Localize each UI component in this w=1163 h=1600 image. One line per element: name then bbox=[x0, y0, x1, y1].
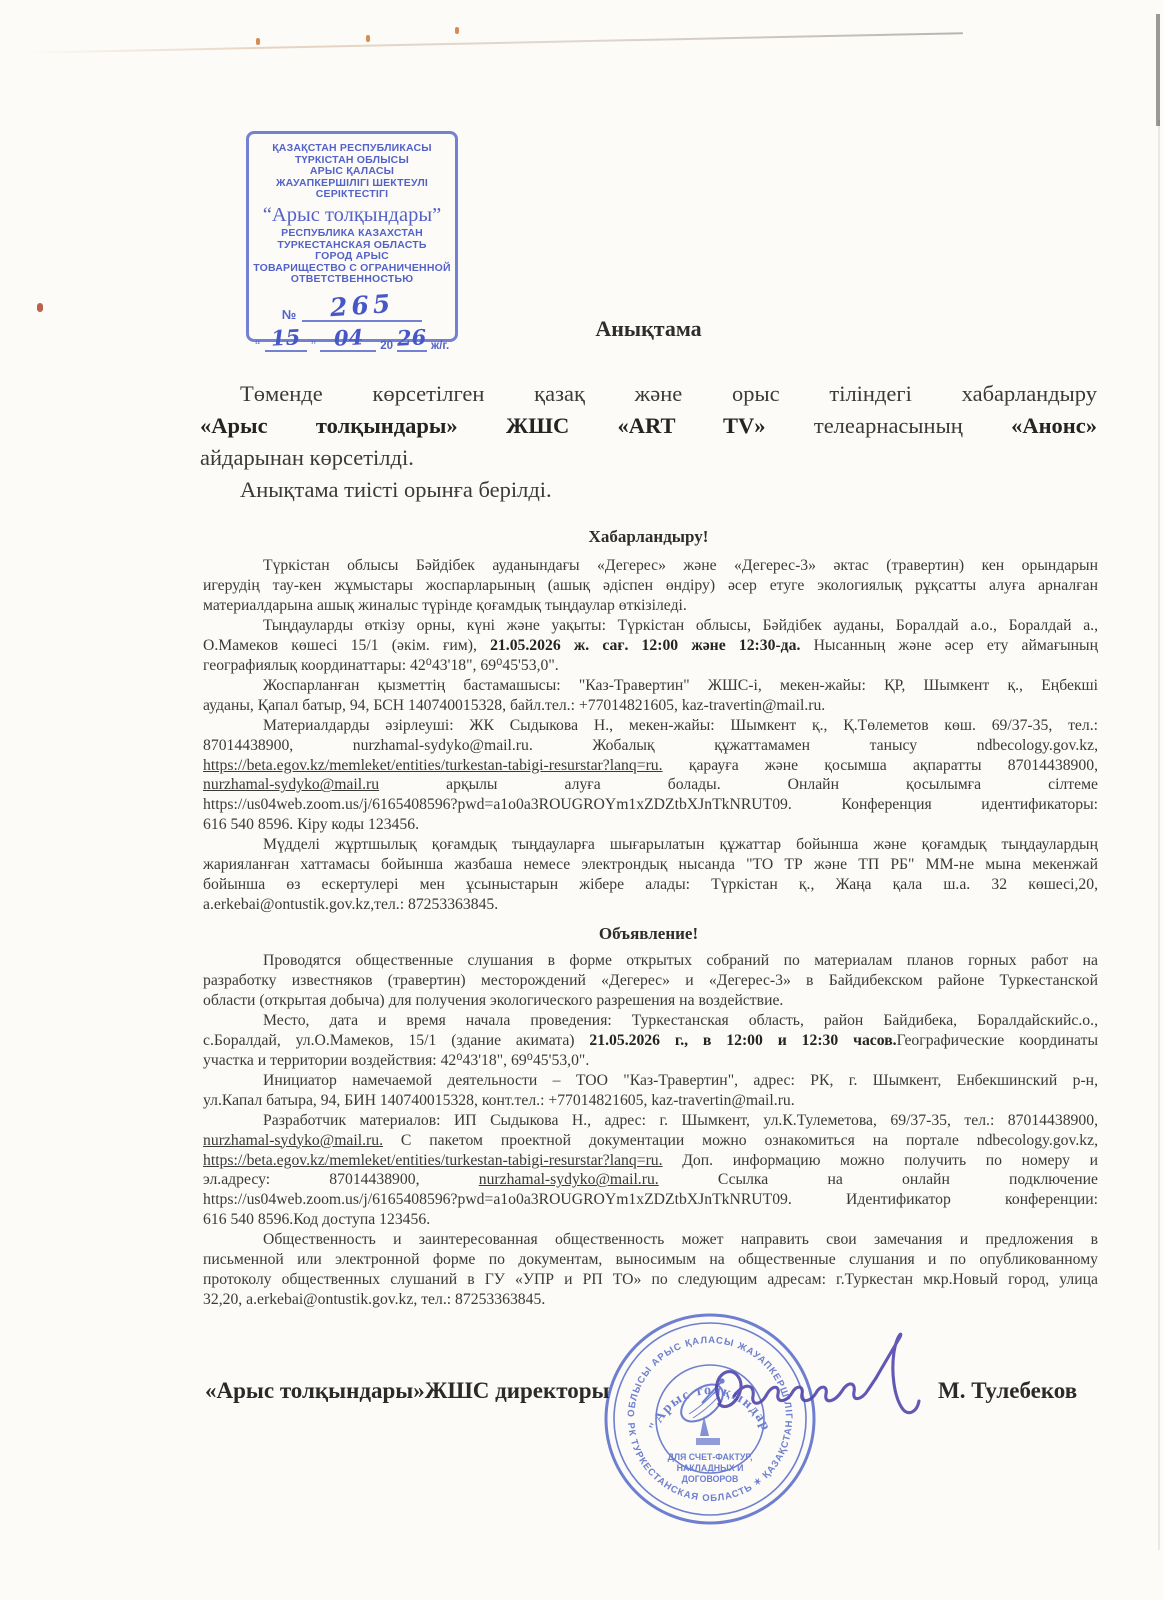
seal-center-line-1: ДЛЯ СЧЕТ-ФАКТУР, bbox=[668, 1452, 753, 1462]
text-segment: С пакетом проектной документации можно о… bbox=[383, 1132, 1098, 1149]
text-line: Место, дата и время начала проведения: Т… bbox=[203, 1011, 1098, 1031]
text-segment: эл.адресу: 87014438900, bbox=[203, 1171, 479, 1188]
text-segment: 21.05.2026 г., в 12:00 и 12:30 часов. bbox=[589, 1032, 896, 1049]
text-segment: Нысанның және әсер ету аймағының bbox=[800, 637, 1098, 654]
scan-speck-artifact bbox=[366, 35, 370, 42]
text-line: Разработчик материалов: ИП Сыдыкова Н., … bbox=[203, 1111, 1098, 1131]
text-line: ОТВЕТСТВЕННОСТЬЮ bbox=[249, 274, 455, 286]
text-line: СЕРІКТЕСТІГІ bbox=[249, 189, 455, 201]
text-segment: «Анонс» bbox=[1011, 413, 1097, 438]
text-segment: 616 540 8596.Код доступа 123456. bbox=[203, 1211, 430, 1228]
scan-edge-artifact bbox=[1156, 14, 1160, 126]
text-line: разработку известняков (травертин) место… bbox=[203, 971, 1098, 991]
text-segment: Мүдделі жұртшылық қоғамдық тыңдауларға ш… bbox=[263, 836, 1098, 853]
text-line: https://beta.egov.kz/memleket/entities/t… bbox=[203, 756, 1098, 776]
text-line: Материалдарды әзірлеуші: ЖК Сыдыкова Н.,… bbox=[203, 716, 1098, 736]
text-segment: РЕСПУБЛИКА КАЗАХСТАН bbox=[281, 227, 423, 239]
text-segment: Инициатор намечаемой деятельности – ТОО … bbox=[263, 1072, 1098, 1089]
text-line: 616 540 8596. Кіру коды 123456. bbox=[203, 815, 1098, 835]
text-line: Анықтама тиісті орынға берілді. bbox=[200, 474, 1097, 506]
text-segment: айдарынан көрсетілді. bbox=[200, 445, 414, 470]
text-segment: қарауға және қосымша ақпаратты 870144389… bbox=[663, 757, 1098, 774]
text-segment: арқылы алуға болады. Онлайн қосылымға сі… bbox=[379, 776, 1098, 793]
announcement-russian: Проводятся общественные слушания в форме… bbox=[203, 951, 1098, 1310]
text-segment: АРЫС ҚАЛАСЫ bbox=[310, 165, 394, 177]
signature-title: «Арыс толқындары»ЖШС директоры bbox=[205, 1378, 610, 1404]
text-line: материалдарына ашық жиналыс түрінде қоға… bbox=[203, 596, 1098, 616]
text-segment: с.Боралдай, ул.О.Мамеков, 15/1 (здание а… bbox=[203, 1032, 589, 1049]
text-line: с.Боралдай, ул.О.Мамеков, 15/1 (здание а… bbox=[203, 1031, 1098, 1051]
text-line: участка и территории воздействия: 42⁰43'… bbox=[203, 1051, 1098, 1071]
stamp-company-name: “Арыс толқындары” bbox=[249, 203, 455, 227]
text-line: протоколу общественных слушаний в ГУ «УП… bbox=[203, 1270, 1098, 1290]
scan-speck-artifact bbox=[256, 38, 260, 45]
text-line: эл.адресу: 87014438900, nurzhamal-sydyko… bbox=[203, 1170, 1098, 1190]
text-segment: ул.Капал батыра, 94, БИН 140740015328, к… bbox=[203, 1092, 795, 1109]
text-segment: 32,20, a.erkebai@ontustik.gov.kz, тел.: … bbox=[203, 1291, 545, 1308]
text-line: Төменде көрсетілген қазақ және орыс тілі… bbox=[200, 378, 1097, 410]
scanned-document-page: ҚАЗАҚСТАН РЕСПУБЛИКАСЫТҮРКІСТАН ОБЛЫСЫАР… bbox=[0, 0, 1163, 1600]
link-text: nurzhamal-sydyko@mail.ru bbox=[203, 776, 379, 793]
text-segment: https://us04web.zoom.us/j/6165408596?pwd… bbox=[203, 796, 1098, 813]
text-segment: телеарнасының bbox=[766, 413, 1012, 438]
text-line: Инициатор намечаемой деятельности – ТОО … bbox=[203, 1071, 1098, 1091]
text-segment: СЕРІКТЕСТІГІ bbox=[316, 188, 389, 200]
text-segment: ТУРКЕСТАНСКАЯ ОБЛАСТЬ bbox=[277, 239, 426, 251]
text-segment: ЖАУАПКЕРШІЛІГІ ШЕКТЕУЛІ bbox=[276, 177, 428, 189]
text-segment: ҚАЗАҚСТАН РЕСПУБЛИКАСЫ bbox=[272, 142, 432, 154]
text-segment: жарияланған хаттамасы бойынша жазбаша не… bbox=[203, 856, 1098, 873]
text-segment: 87014438900, nurzhamal-sydyko@mail.ru. Ж… bbox=[203, 737, 1098, 754]
text-segment: Доп. информацию можно получить по номеру… bbox=[663, 1152, 1098, 1169]
text-line: 616 540 8596.Код доступа 123456. bbox=[203, 1210, 1098, 1230]
text-segment: a.erkebai@ontustik.gov.kz,тел.: 87253363… bbox=[203, 896, 498, 913]
scan-speck-artifact bbox=[455, 27, 459, 34]
seal-center-line-3: ДОГОВОРОВ bbox=[682, 1474, 739, 1484]
text-segment: Төменде көрсетілген қазақ және орыс тілі… bbox=[240, 381, 1097, 406]
text-line: айдарынан көрсетілді. bbox=[200, 442, 1097, 474]
scan-edge-artifact bbox=[1158, 120, 1160, 1550]
text-segment: Проводятся общественные слушания в форме… bbox=[263, 952, 1098, 969]
link-text: nurzhamal-sydyko@mail.ru. bbox=[479, 1171, 659, 1188]
text-segment: ауданы, Қапал батыр, 94, БСН 14074001532… bbox=[203, 697, 825, 714]
text-segment: игерудің тау-кен жұмыстары жоспарларының… bbox=[203, 577, 1098, 594]
text-line: Мүдделі жұртшылық қоғамдық тыңдауларға ш… bbox=[203, 835, 1098, 855]
text-segment: ГОРОД АРЫС bbox=[315, 250, 389, 262]
text-segment: материалдарына ашық жиналыс түрінде қоға… bbox=[203, 597, 687, 614]
text-line: области (открытая добыча) для получения … bbox=[203, 991, 1098, 1011]
text-line: игерудің тау-кен жұмыстары жоспарларының… bbox=[203, 576, 1098, 596]
text-line: Түркістан облысы Бәйдібек ауданындағы «Д… bbox=[203, 556, 1098, 576]
text-segment: Анықтама тиісті орынға берілді. bbox=[240, 477, 552, 502]
director-signature bbox=[698, 1330, 943, 1450]
text-segment: разработку известняков (травертин) место… bbox=[203, 972, 1098, 989]
text-segment: Тыңдауларды өткізу орны, күні және уақыт… bbox=[263, 617, 1098, 634]
announcement-kazakh: Түркістан облысы Бәйдібек ауданындағы «Д… bbox=[203, 556, 1098, 915]
text-segment: 21.05.2026 ж. сағ. 12:00 және 12:30-да. bbox=[490, 637, 800, 654]
text-line: ауданы, Қапал батыр, 94, БСН 14074001532… bbox=[203, 696, 1098, 716]
text-line: a.erkebai@ontustik.gov.kz,тел.: 87253363… bbox=[203, 895, 1098, 915]
text-line: «Арыс толқындары» ЖШС «ART TV» телеарнас… bbox=[200, 410, 1097, 442]
text-line: письменной или электронной форме по доку… bbox=[203, 1250, 1098, 1270]
text-segment: ТҮРКІСТАН ОБЛЫСЫ bbox=[295, 154, 409, 166]
text-line: 87014438900, nurzhamal-sydyko@mail.ru. Ж… bbox=[203, 736, 1098, 756]
text-line: Общественность и заинтересованная общест… bbox=[203, 1230, 1098, 1250]
text-segment: 616 540 8596. Кіру коды 123456. bbox=[203, 816, 419, 833]
text-line: жарияланған хаттамасы бойынша жазбаша не… bbox=[203, 855, 1098, 875]
section-heading-kazakh: Хабарландыру! bbox=[200, 527, 1097, 547]
text-segment: письменной или электронной форме по доку… bbox=[203, 1251, 1098, 1268]
text-line: Тыңдауларды өткізу орны, күні және уақыт… bbox=[203, 616, 1098, 636]
text-segment: Географические координаты bbox=[897, 1032, 1098, 1049]
text-line: Жоспарланған қызметтің бастамашысы: "Каз… bbox=[203, 676, 1098, 696]
text-line: https://beta.egov.kz/memleket/entities/t… bbox=[203, 1151, 1098, 1171]
document-title: Анықтама bbox=[200, 316, 1097, 342]
director-name: М. Тулебеков bbox=[938, 1378, 1077, 1404]
text-segment: географиялық координаттары: 42⁰43'18", 6… bbox=[203, 657, 559, 674]
text-segment: ТОВАРИЩЕСТВО С ОГРАНИЧЕННОЙ bbox=[253, 262, 450, 274]
text-segment: https://us04web.zoom.us/j/6165408596?pwd… bbox=[203, 1191, 1098, 1208]
text-segment: области (открытая добыча) для получения … bbox=[203, 992, 783, 1009]
text-line: https://us04web.zoom.us/j/6165408596?pwd… bbox=[203, 795, 1098, 815]
scan-speck-artifact bbox=[37, 303, 43, 312]
section-heading-russian: Объявление! bbox=[200, 924, 1097, 944]
text-segment: Түркістан облысы Бәйдібек ауданындағы «Д… bbox=[263, 557, 1098, 574]
stamp-russian-lines: РЕСПУБЛИКА КАЗАХСТАНТУРКЕСТАНСКАЯ ОБЛАСТ… bbox=[249, 228, 455, 286]
text-segment: «Арыс толқындары» ЖШС «ART TV» bbox=[200, 413, 766, 438]
text-line: https://us04web.zoom.us/j/6165408596?pwd… bbox=[203, 1190, 1098, 1210]
text-line: Проводятся общественные слушания в форме… bbox=[203, 951, 1098, 971]
text-segment: Материалдарды әзірлеуші: ЖК Сыдыкова Н.,… bbox=[263, 717, 1098, 734]
scan-streak-artifact bbox=[28, 32, 963, 54]
text-segment: протоколу общественных слушаний в ГУ «УП… bbox=[203, 1271, 1098, 1288]
organization-stamp: ҚАЗАҚСТАН РЕСПУБЛИКАСЫТҮРКІСТАН ОБЛЫСЫАР… bbox=[246, 131, 458, 342]
link-text: https://beta.egov.kz/memleket/entities/t… bbox=[203, 757, 663, 774]
text-segment: Ссылка на онлайн подключение bbox=[659, 1171, 1098, 1188]
text-line: ул.Капал батыра, 94, БИН 140740015328, к… bbox=[203, 1091, 1098, 1111]
text-segment: участка и территории воздействия: 42⁰43'… bbox=[203, 1052, 589, 1069]
link-text: https://beta.egov.kz/memleket/entities/t… bbox=[203, 1152, 663, 1169]
text-segment: Место, дата и время начала проведения: Т… bbox=[263, 1012, 1098, 1029]
link-text: nurzhamal-sydyko@mail.ru. bbox=[203, 1132, 383, 1149]
stamp-kazakh-lines: ҚАЗАҚСТАН РЕСПУБЛИКАСЫТҮРКІСТАН ОБЛЫСЫАР… bbox=[249, 143, 455, 201]
intro-paragraph: Төменде көрсетілген қазақ және орыс тілі… bbox=[200, 378, 1097, 506]
text-segment: Разработчик материалов: ИП Сыдыкова Н., … bbox=[263, 1112, 1098, 1129]
text-segment: бойынша өз ескертулері мен ұсыныстарын ж… bbox=[203, 876, 1098, 893]
text-line: nurzhamal-sydyko@mail.ru арқылы алуға бо… bbox=[203, 775, 1098, 795]
text-segment: О.Мамеков көшесі 15/1 (әкім. ғим), bbox=[203, 637, 490, 654]
text-line: географиялық координаттары: 42⁰43'18", 6… bbox=[203, 656, 1098, 676]
text-line: nurzhamal-sydyko@mail.ru. С пакетом прое… bbox=[203, 1131, 1098, 1151]
text-segment: ОТВЕТСТВЕННОСТЬЮ bbox=[291, 273, 414, 285]
text-line: бойынша өз ескертулері мен ұсыныстарын ж… bbox=[203, 875, 1098, 895]
text-segment: Жоспарланған қызметтің бастамашысы: "Каз… bbox=[263, 677, 1098, 694]
text-segment: Общественность и заинтересованная общест… bbox=[263, 1231, 1098, 1248]
text-line: О.Мамеков көшесі 15/1 (әкім. ғим), 21.05… bbox=[203, 636, 1098, 656]
text-line: 32,20, a.erkebai@ontustik.gov.kz, тел.: … bbox=[203, 1290, 1098, 1310]
seal-center-line-2: НАКЛАДНЫХ И bbox=[677, 1463, 744, 1473]
